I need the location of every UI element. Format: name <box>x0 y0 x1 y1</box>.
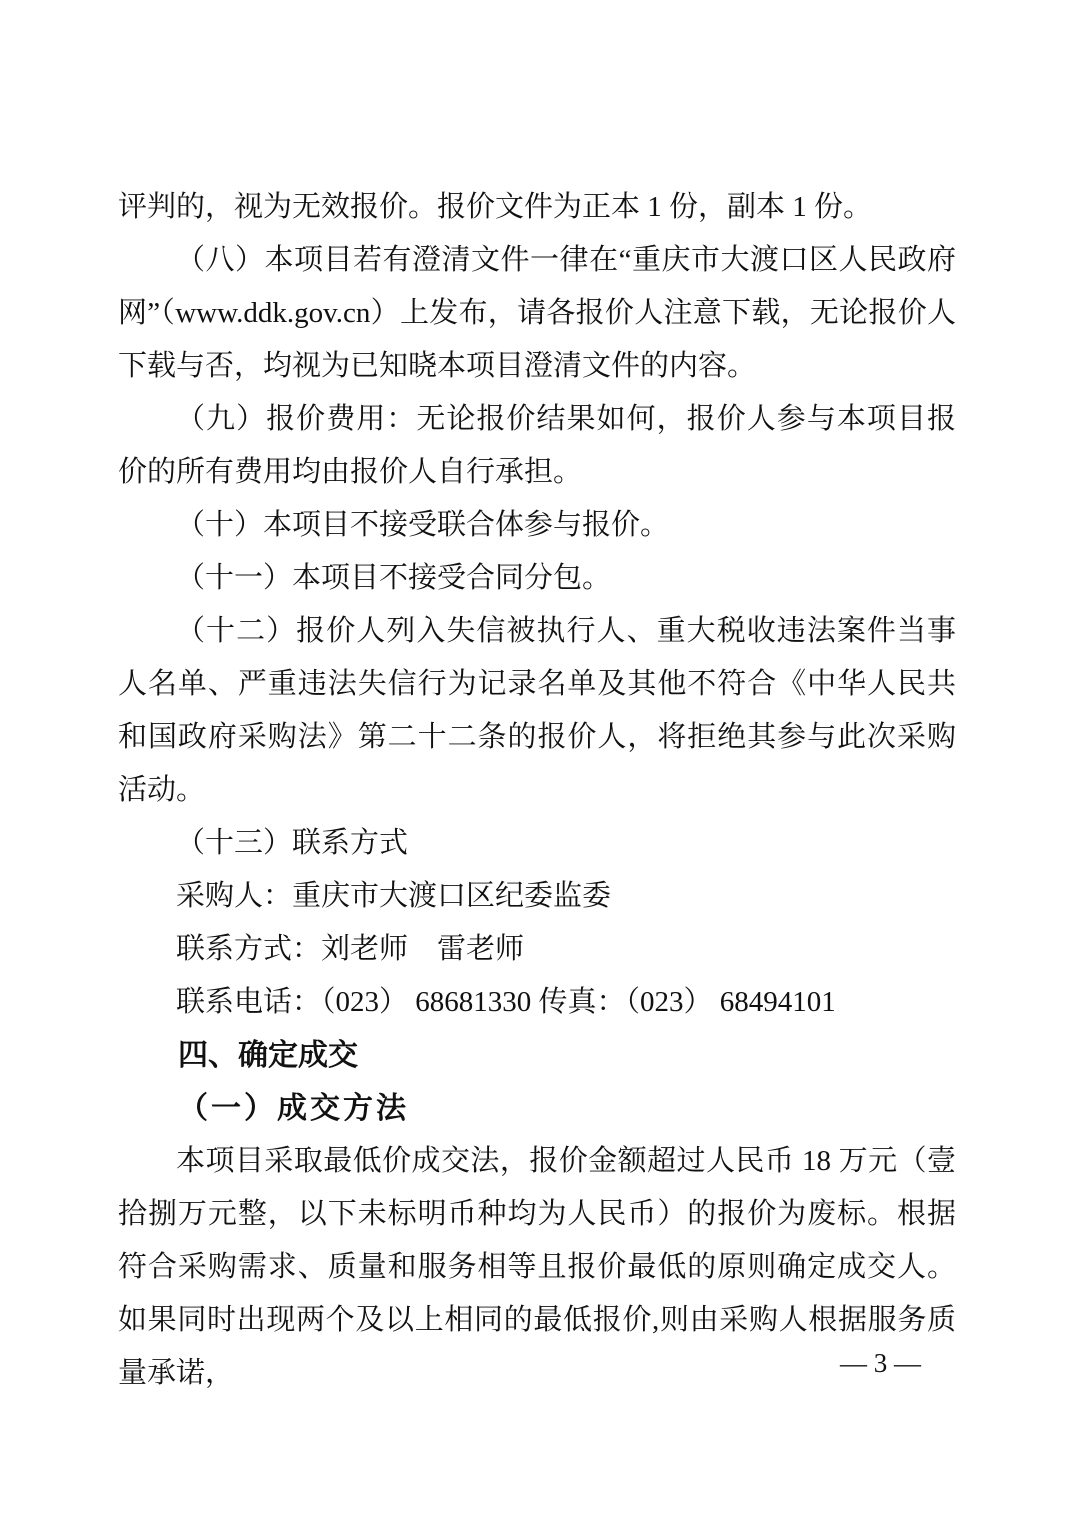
contact-purchaser: 采购人：重庆市大渡口区纪委监委 <box>118 870 956 923</box>
page-number: — 3 — <box>840 1348 921 1378</box>
paragraph-invalid-quote-continuation: 评判的，视为无效报价。报价文件为正本 1 份，副本 1 份。 <box>118 181 956 234</box>
document-body: 评判的，视为无效报价。报价文件为正本 1 份，副本 1 份。 （八）本项目若有澄… <box>118 181 956 1400</box>
document-page: 评判的，视为无效报价。报价文件为正本 1 份，副本 1 份。 （八）本项目若有澄… <box>0 0 1074 1520</box>
contact-persons: 联系方式：刘老师 雷老师 <box>118 923 956 976</box>
paragraph-award-method: 本项目采取最低价成交法，报价金额超过人民币 18 万元（壹拾捌万元整，以下未标明… <box>118 1135 956 1400</box>
clause-11-no-subcontract: （十一）本项目不接受合同分包。 <box>118 552 956 605</box>
clause-13-contact-heading: （十三）联系方式 <box>118 817 956 870</box>
subsection-1-heading-award-method: （一）成交方法 <box>118 1082 956 1135</box>
clause-12-dishonest-list: （十二）报价人列入失信被执行人、重大税收违法案件当事人名单、严重违法失信行为记录… <box>118 605 956 817</box>
clause-10-no-consortium: （十）本项目不接受联合体参与报价。 <box>118 499 956 552</box>
clause-8-clarification-files: （八）本项目若有澄清文件一律在“重庆市大渡口区人民政府网”（www.ddk.go… <box>118 234 956 393</box>
contact-phone-fax: 联系电话：（023） 68681330 传真：（023） 68494101 <box>118 976 956 1029</box>
section-4-heading-award: 四、确定成交 <box>118 1029 956 1082</box>
clause-9-quote-costs: （九）报价费用：无论报价结果如何，报价人参与本项目报价的所有费用均由报价人自行承… <box>118 393 956 499</box>
